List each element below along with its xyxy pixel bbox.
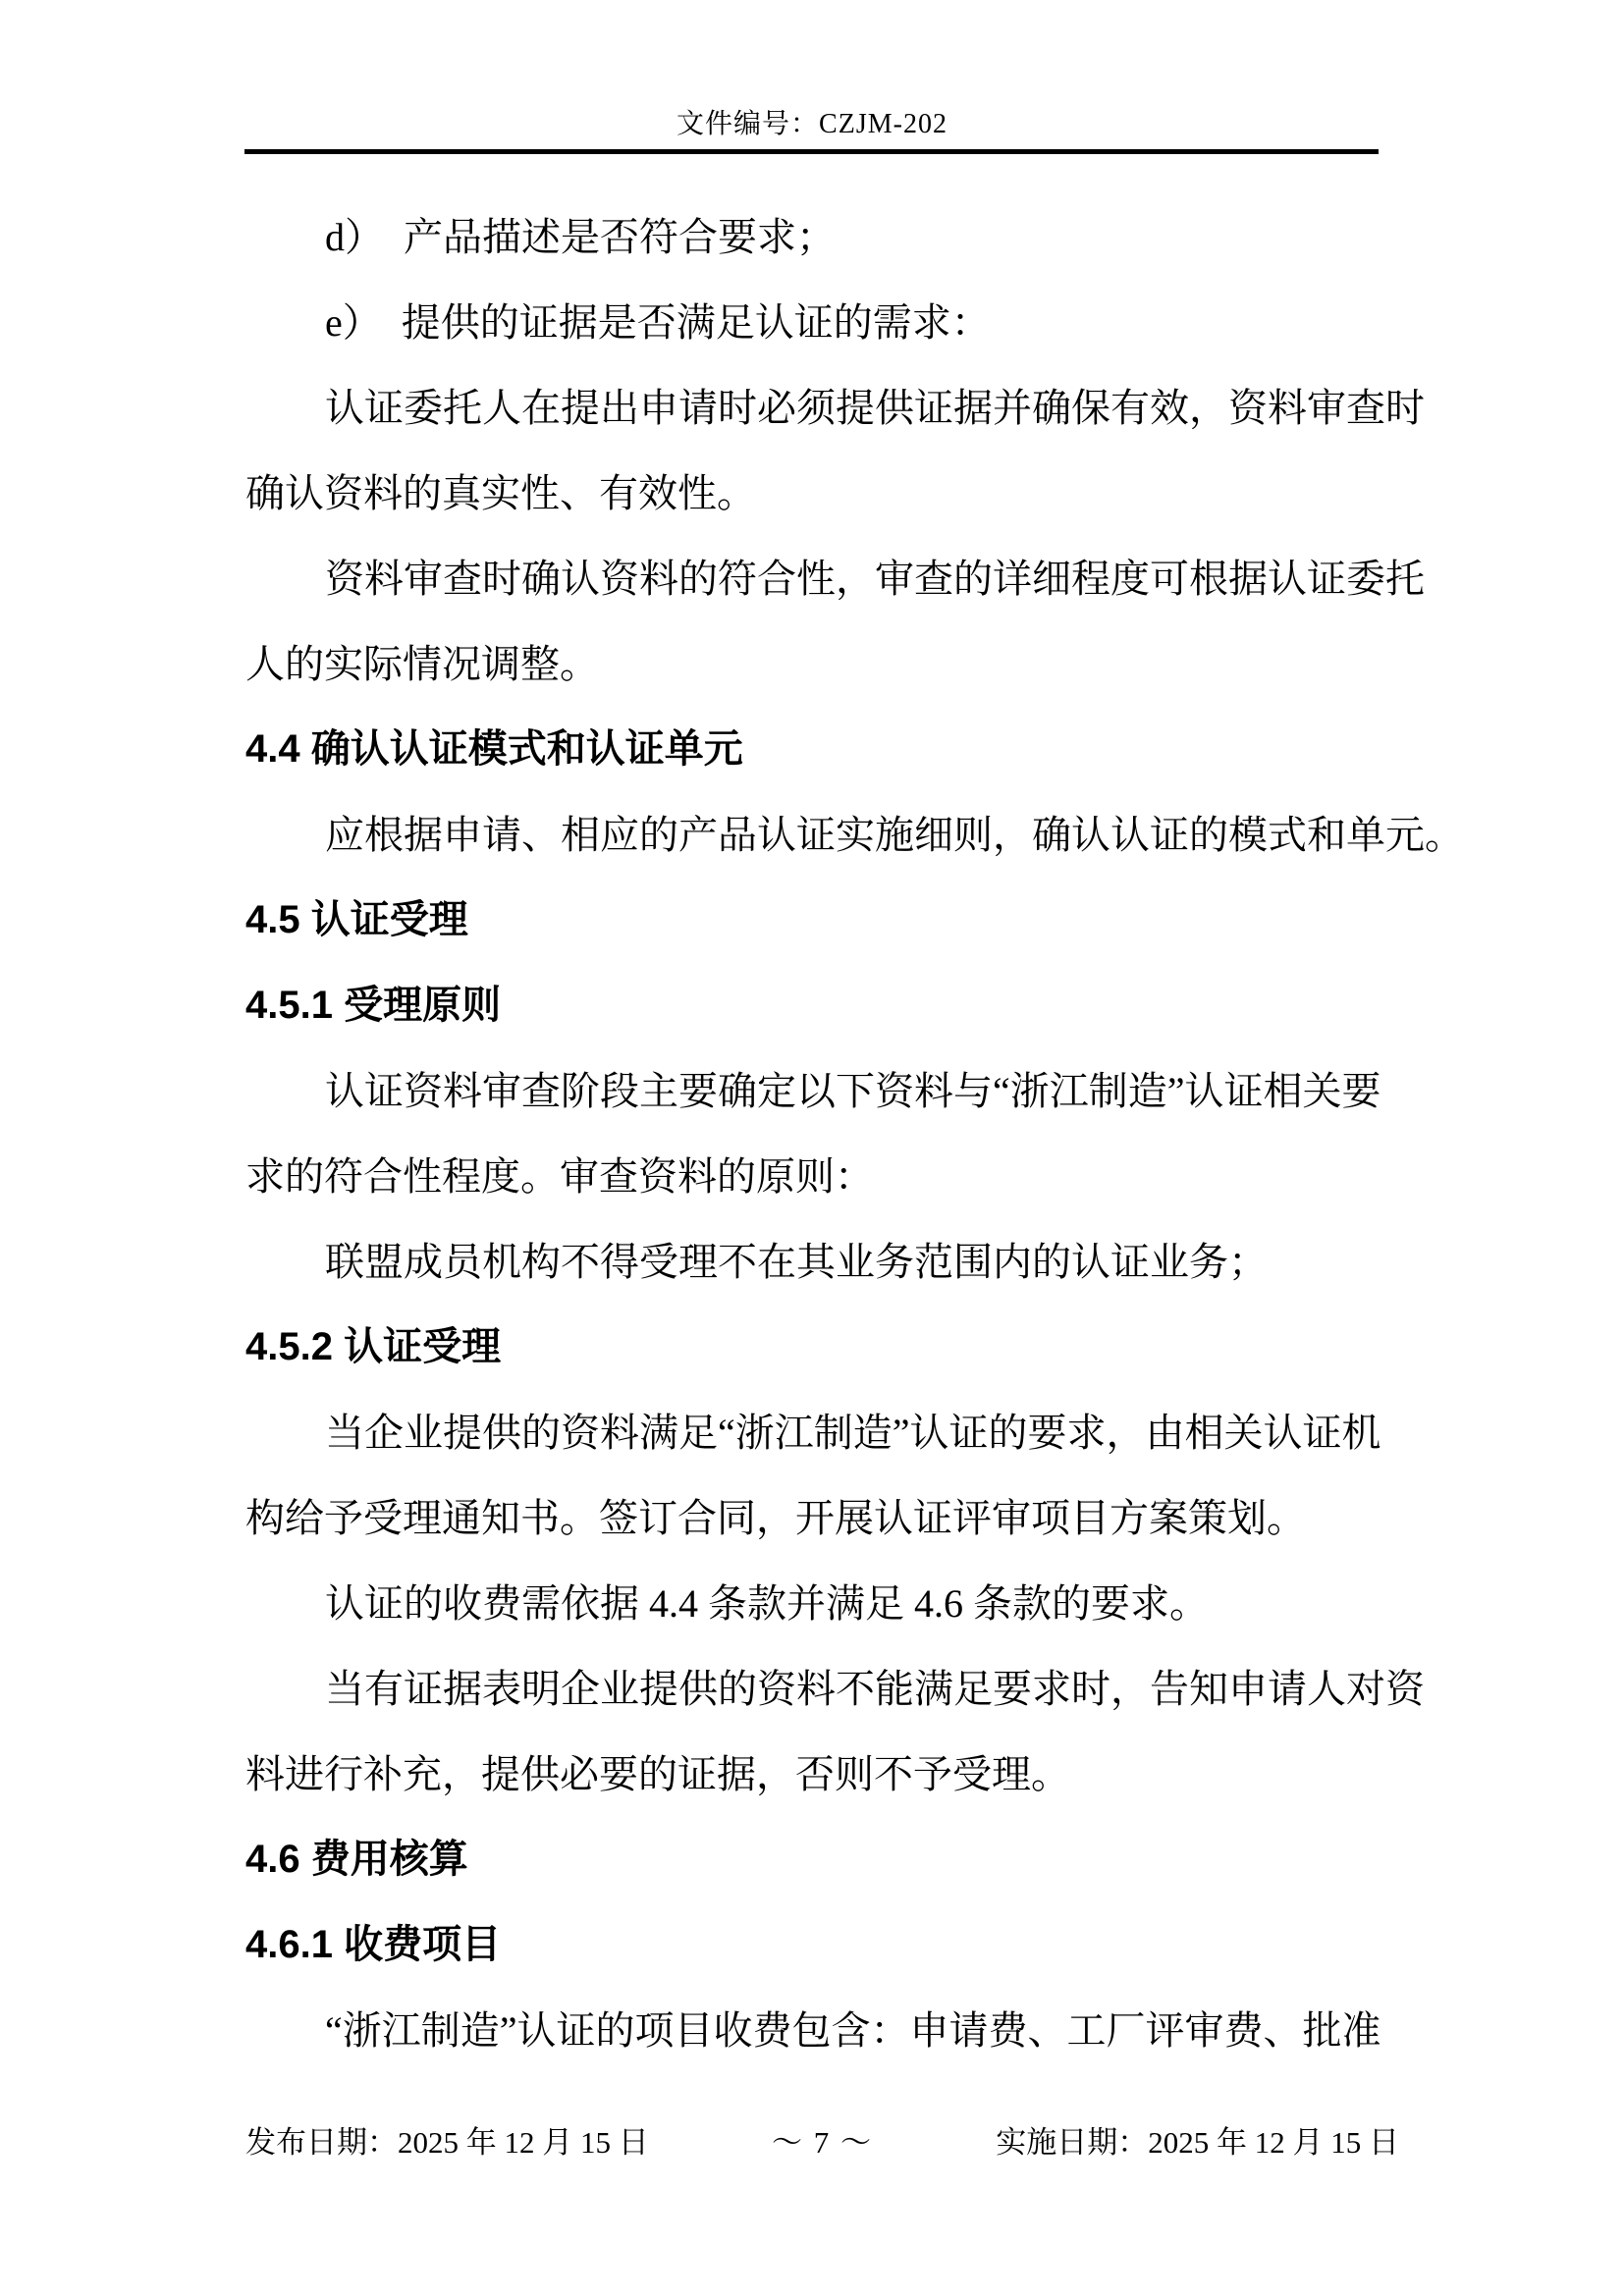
implementation-date: 实施日期：2025 年 12 月 15 日 bbox=[996, 2120, 1399, 2165]
implementation-date-label: 实施日期： bbox=[996, 2125, 1148, 2160]
list-item-d: d） 产品描述是否符合要求； bbox=[245, 194, 1389, 280]
section-heading-4-5-1: 4.5.1 受理原则 bbox=[245, 963, 1389, 1048]
implementation-date-value: 2025 年 12 月 15 日 bbox=[1148, 2125, 1399, 2160]
body-line: 人的实际情况调整。 bbox=[245, 621, 1389, 707]
header-divider-rule bbox=[244, 149, 1379, 154]
doc-number-label: 文件编号： bbox=[677, 109, 819, 139]
document-body: d） 产品描述是否符合要求； e） 提供的证据是否满足认证的需求： 认证委托人在… bbox=[245, 194, 1389, 2073]
document-page: 文件编号：CZJM-202 d） 产品描述是否符合要求； e） 提供的证据是否满… bbox=[0, 0, 1624, 2296]
body-line: 认证的收费需依据 4.4 条款并满足 4.6 条款的要求。 bbox=[245, 1561, 1389, 1646]
body-line: 认证委托人在提出申请时必须提供证据并确保有效，资料审查时 bbox=[245, 365, 1389, 451]
body-line: 联盟成员机构不得受理不在其业务范围内的认证业务； bbox=[245, 1219, 1389, 1305]
body-line: 求的符合性程度。审查资料的原则： bbox=[245, 1134, 1389, 1219]
body-line: “浙江制造”认证的项目收费包含：申请费、工厂评审费、批准 bbox=[245, 1988, 1389, 2073]
page-footer: 发布日期：2025 年 12 月 15 日 ～ 7 ～ 实施日期：2025 年 … bbox=[245, 2120, 1399, 2165]
body-line: 认证资料审查阶段主要确定以下资料与“浙江制造”认证相关要 bbox=[245, 1048, 1389, 1134]
section-heading-4-6: 4.6 费用核算 bbox=[245, 1817, 1389, 1902]
body-line: 料进行补充，提供必要的证据，否则不予受理。 bbox=[245, 1732, 1389, 1817]
page-number: ～ 7 ～ bbox=[772, 2120, 873, 2165]
release-date-label: 发布日期： bbox=[245, 2125, 398, 2160]
doc-header: 文件编号：CZJM-202 bbox=[0, 104, 1624, 145]
list-item-e: e） 提供的证据是否满足认证的需求： bbox=[245, 280, 1389, 365]
release-date: 发布日期：2025 年 12 月 15 日 bbox=[245, 2120, 649, 2165]
body-line: 当企业提供的资料满足“浙江制造”认证的要求，由相关认证机 bbox=[245, 1390, 1389, 1475]
body-line: 当有证据表明企业提供的资料不能满足要求时，告知申请人对资 bbox=[245, 1646, 1389, 1732]
section-heading-4-4: 4.4 确认认证模式和认证单元 bbox=[245, 707, 1389, 792]
body-line: 确认资料的真实性、有效性。 bbox=[245, 451, 1389, 536]
release-date-value: 2025 年 12 月 15 日 bbox=[398, 2125, 649, 2160]
section-heading-4-6-1: 4.6.1 收费项目 bbox=[245, 1902, 1389, 1988]
body-line: 应根据申请、相应的产品认证实施细则，确认认证的模式和单元。 bbox=[245, 792, 1389, 878]
body-line: 构给予受理通知书。签订合同，开展认证评审项目方案策划。 bbox=[245, 1475, 1389, 1561]
section-heading-4-5: 4.5 认证受理 bbox=[245, 878, 1389, 963]
body-line: 资料审查时确认资料的符合性，审查的详细程度可根据认证委托 bbox=[245, 536, 1389, 621]
section-heading-4-5-2: 4.5.2 认证受理 bbox=[245, 1305, 1389, 1390]
doc-number-value: CZJM-202 bbox=[819, 109, 947, 139]
